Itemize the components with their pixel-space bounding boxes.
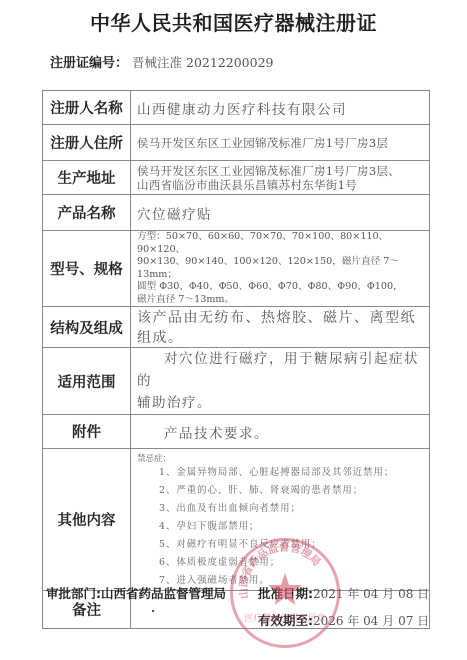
value-line: 90×130、90×140、100×120、120×150，磁片直径 7～13m… (137, 256, 425, 281)
table-row-product-name: 产品名称 穴位磁疗贴 (43, 195, 430, 231)
registration-number-label: 注册证编号： (50, 56, 128, 71)
row-label: 注册人住所 (43, 125, 131, 161)
row-label: 生产地址 (43, 161, 131, 195)
table-row-production-address: 生产地址 侯马开发区东区工业园锦茂标准厂房1号厂房3层、 山西省临汾市曲沃县乐昌… (43, 161, 430, 195)
row-value: 侯马开发区东区工业园锦茂标准厂房1号厂房3层 (131, 125, 430, 161)
certificate-table: 注册人名称 山西健康动力医疗科技有限公司 注册人住所 侯马开发区东区工业园锦茂标… (42, 90, 430, 629)
document-title: 中华人民共和国医疗器械注册证 (0, 7, 467, 36)
table-row-other: 其他内容 禁忌症： 1、金属异物局部、心脏起搏器局部及其邻近禁用； 2、严重的心… (43, 449, 430, 591)
row-value: 穴位磁疗贴 (131, 195, 430, 231)
approval-date: 批准日期:2021 年 04 月 08 日 (258, 584, 429, 602)
row-label: 型号、规格 (43, 231, 131, 307)
value-line: 对穴位进行磁疗，用于糖尿病引起症状的 (137, 348, 425, 392)
row-value: 对穴位进行磁疗，用于糖尿病引起症状的 辅助治疗。 (131, 348, 430, 415)
row-label: 适用范围 (43, 348, 131, 415)
row-label: 产品名称 (43, 195, 131, 231)
row-value: 禁忌症： 1、金属异物局部、心脏起搏器局部及其邻近禁用； 2、严重的心、肝、肺、… (131, 449, 430, 591)
contraindications-list: 1、金属异物局部、心脏起搏器局部及其邻近禁用； 2、严重的心、肝、肺、肾衰竭的患… (137, 464, 425, 590)
contraindications-heading: 禁忌症： (137, 452, 425, 464)
approval-department: 审批部门:山西省药品监督管理局 (46, 584, 226, 602)
list-item: 6、体质极度虚弱者禁用； (159, 554, 425, 572)
table-row-registrant-address: 注册人住所 侯马开发区东区工业园锦茂标准厂房1号厂房3层 (43, 125, 430, 161)
value-line: 方型：50×70、60×60、70×70、70×100、80×110、90×12… (137, 231, 425, 256)
row-label: 结构及组成 (43, 307, 131, 348)
valid-until-value: 2026 年 04 月 07 日 (313, 614, 429, 628)
approval-date-label: 批准日期: (258, 586, 313, 601)
row-value: 方型：50×70、60×60、70×70、70×100、80×110、90×12… (131, 231, 430, 307)
ink-speck (152, 610, 154, 612)
row-value: 侯马开发区东区工业园锦茂标准厂房1号厂房3层、 山西省临汾市曲沃县乐昌镇苏村东华… (131, 161, 430, 195)
list-item: 5、对磁疗有明显不良反应者禁用； (159, 536, 425, 554)
value-line: 磁片直径 7～13mm。 (137, 294, 425, 307)
table-row-model-spec: 型号、规格 方型：50×70、60×60、70×70、70×100、80×110… (43, 231, 430, 307)
row-label: 注册人名称 (43, 91, 131, 125)
table-row-structure: 结构及组成 该产品由无纺布、热熔胶、磁片、离型纸组成。 (43, 307, 430, 348)
table-row-attachment: 附件 产品技术要求。 (43, 415, 430, 449)
row-value: 产品技术要求。 (131, 415, 430, 449)
value-line: 山西省临汾市曲沃县乐昌镇苏村东华街1号 (137, 178, 425, 192)
row-label: 附件 (43, 415, 131, 449)
value-line: 圆型 Φ30、Φ40、Φ50、Φ60、Φ70、Φ80、Φ90、Φ100， (137, 281, 425, 294)
row-value: 该产品由无纺布、热熔胶、磁片、离型纸组成。 (131, 307, 430, 348)
list-item: 4、孕妇下腹部禁用； (159, 518, 425, 536)
registration-number: 注册证编号：晋械注准 20212200029 (50, 52, 273, 71)
list-item: 2、严重的心、肝、肺、肾衰竭的患者禁用； (159, 482, 425, 500)
list-item: 1、金属异物局部、心脏起搏器局部及其邻近禁用； (159, 464, 425, 482)
row-label: 其他内容 (43, 449, 131, 591)
table-row-registrant-name: 注册人名称 山西健康动力医疗科技有限公司 (43, 91, 430, 125)
approval-department-value: 山西省药品监督管理局 (101, 586, 226, 601)
table-row-scope: 适用范围 对穴位进行磁疗，用于糖尿病引起症状的 辅助治疗。 (43, 348, 430, 415)
value-line: 侯马开发区东区工业园锦茂标准厂房1号厂房3层、 (137, 164, 425, 178)
valid-until: 有效期至:2026 年 04 月 07 日 (258, 611, 429, 629)
row-value: 山西健康动力医疗科技有限公司 (131, 91, 430, 125)
approval-date-value: 2021 年 04 月 08 日 (313, 587, 429, 601)
approval-department-label: 审批部门: (46, 586, 101, 601)
list-item: 3、出血及有出血倾向者禁用； (159, 500, 425, 518)
value-line: 辅助治疗。 (137, 392, 425, 414)
registration-number-value: 晋械注准 20212200029 (132, 55, 273, 70)
valid-until-label: 有效期至: (258, 613, 313, 628)
